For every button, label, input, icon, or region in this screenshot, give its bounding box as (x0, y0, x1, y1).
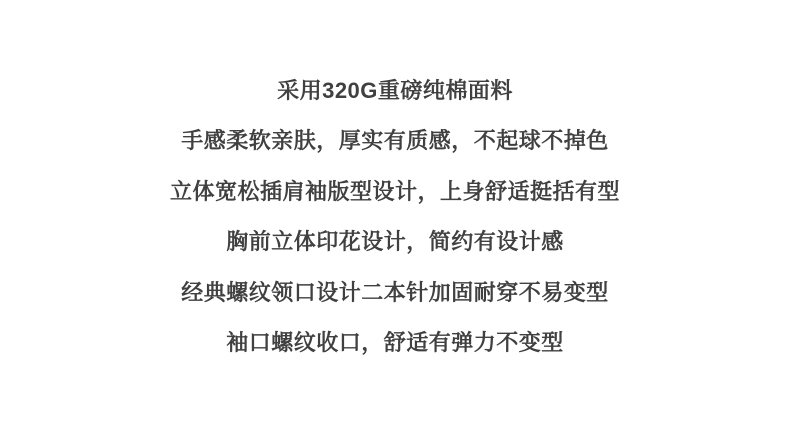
product-feature-list: 采用320G重磅纯棉面料 手感柔软亲肤，厚实有质感，不起球不掉色 立体宽松插肩袖… (0, 64, 790, 367)
feature-line-print: 胸前立体印花设计，简约有设计感 (226, 216, 564, 267)
product-description-page: 采用320G重磅纯棉面料 手感柔软亲肤，厚实有质感，不起球不掉色 立体宽松插肩袖… (0, 0, 790, 436)
feature-line-fit: 立体宽松插肩袖版型设计，上身舒适挺括有型 (170, 165, 620, 216)
feature-line-cuff: 袖口螺纹收口，舒适有弹力不变型 (226, 317, 564, 368)
feature-line-fabric: 采用320G重磅纯棉面料 (277, 64, 513, 115)
feature-line-feel: 手感柔软亲肤，厚实有质感，不起球不掉色 (181, 115, 609, 166)
feature-line-collar: 经典螺纹领口设计二本针加固耐穿不易变型 (181, 266, 609, 317)
